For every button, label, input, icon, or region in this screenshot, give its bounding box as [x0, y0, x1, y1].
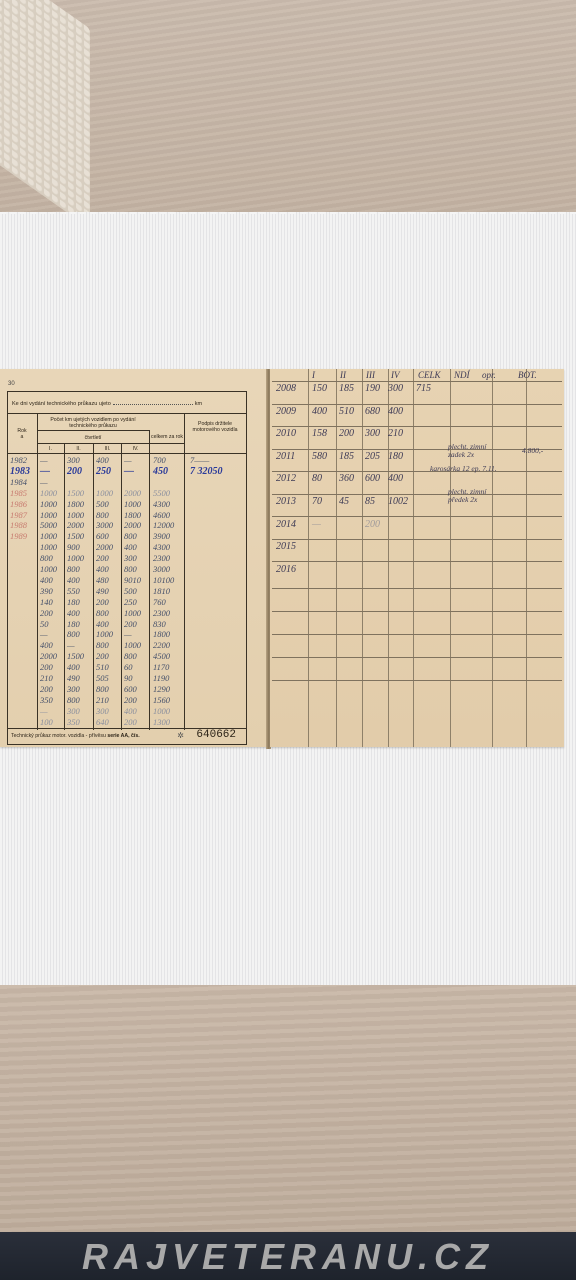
row-q4: 400: [388, 473, 403, 484]
row-total: 1000: [153, 706, 170, 716]
row-q1: 400: [40, 575, 53, 585]
row-q3: 300: [365, 428, 380, 439]
grid-row-line: [272, 426, 562, 427]
row-q3: 190: [365, 383, 380, 394]
row-total: 2300: [153, 553, 170, 563]
row-q1: 1000: [40, 488, 57, 498]
row-q3: 510: [96, 662, 109, 672]
quarter-2-header: II.: [65, 446, 92, 452]
row-q1: 390: [40, 586, 53, 596]
row-total: 3900: [153, 531, 170, 541]
grid-row-line: [272, 561, 562, 562]
row-q4: 400: [124, 542, 137, 552]
page-number: 30: [8, 381, 15, 387]
km-group-header: Počet km ujetých vozidlem po vydání tech…: [38, 417, 148, 429]
row-q2: —: [67, 640, 75, 650]
row-q1: 1000: [40, 510, 57, 520]
grid-row-line: [272, 539, 562, 540]
row-total: 760: [153, 597, 166, 607]
row-q3: 800: [96, 510, 109, 520]
row-q3: 210: [96, 695, 109, 705]
row-q4: 1000: [124, 608, 141, 618]
row-q3: 400: [96, 564, 109, 574]
row-total: 4500: [153, 651, 170, 661]
year-header: Roka: [10, 428, 34, 440]
km-unit: km: [195, 401, 202, 407]
row-q2: 510: [339, 406, 354, 417]
grid-row-line: [272, 611, 562, 612]
row-q4: 200: [124, 619, 137, 629]
header-0: I: [312, 370, 315, 380]
row-q3: 505: [96, 673, 109, 683]
row-q2: 800: [67, 629, 80, 639]
row-q2: 2000: [67, 520, 84, 530]
divider: [149, 430, 150, 730]
row-q3: 600: [96, 531, 109, 541]
row-q3: 800: [96, 640, 109, 650]
header-6: opr.: [482, 370, 496, 380]
row-year: 2011: [276, 451, 295, 462]
divider: [184, 414, 185, 730]
row-q3: 1000: [96, 629, 113, 639]
row-total: 1290: [153, 684, 170, 694]
row-q4: —: [124, 466, 134, 477]
row-total: 715: [416, 383, 431, 394]
grid-row-line: [272, 404, 562, 405]
row-q4: 400: [388, 406, 403, 417]
row-total: 450: [153, 466, 168, 477]
row-q3: 200: [96, 597, 109, 607]
row-total: 1170: [153, 662, 169, 672]
row-q1: 150: [312, 383, 327, 394]
row-q3: 480: [96, 575, 109, 585]
row-q1: —: [312, 519, 321, 530]
divider: [93, 443, 94, 730]
row-q4: 400: [124, 706, 137, 716]
grid-row-line: [272, 381, 562, 382]
divider: [64, 443, 65, 730]
row-q1: 2000: [40, 651, 57, 661]
row-q3: 3000: [96, 520, 113, 530]
row-sign: 7——: [190, 455, 209, 465]
row-total: 1810: [153, 586, 170, 596]
divider: [8, 453, 246, 454]
row-q2: 300: [67, 455, 80, 465]
row-q3: 200: [96, 651, 109, 661]
row-q4: 2000: [124, 488, 141, 498]
row-q2: 1000: [67, 553, 84, 563]
repair-cost: 4.800,-: [522, 447, 543, 455]
row-q2: 185: [339, 383, 354, 394]
row-year: 2016: [276, 564, 296, 575]
row-q4: —: [124, 455, 132, 465]
row-q4: 1000: [124, 640, 141, 650]
row-q2: 400: [67, 608, 80, 618]
row-q3: 490: [96, 586, 109, 596]
row-q4: 1000: [124, 499, 141, 509]
row-q1: —: [40, 477, 48, 487]
logbook-left-page: 30 Ke dni vydání technického průkazu uje…: [0, 369, 268, 747]
row-q2: 45: [339, 496, 349, 507]
row-q1: 1000: [40, 542, 57, 552]
row-q4: 210: [388, 428, 403, 439]
grid-row-line: [272, 516, 562, 517]
row-q2: 400: [67, 662, 80, 672]
row-q2: 200: [67, 466, 82, 477]
row-q3: 680: [365, 406, 380, 417]
row-q3: 2000: [96, 542, 113, 552]
row-q2: 180: [67, 597, 80, 607]
mileage-form: Ke dni vydání technického průkazu ujetok…: [7, 391, 247, 745]
row-q3: 600: [365, 473, 380, 484]
row-q1: 1000: [40, 499, 57, 509]
row-year: 2013: [276, 496, 296, 507]
grid-row-line: [272, 449, 562, 450]
footer-text: Technický průkaz motor. vozidla - přívěs…: [11, 733, 106, 739]
header-1: II: [340, 370, 346, 380]
row-q3: 1000: [96, 488, 113, 498]
row-q1: 1000: [40, 531, 57, 541]
row-q4: 180: [388, 451, 403, 462]
row-q2: 360: [339, 473, 354, 484]
row-year: 1984: [10, 477, 27, 487]
row-total: 700: [153, 455, 166, 465]
row-year: 2010: [276, 428, 296, 439]
row-total: 4300: [153, 542, 170, 552]
row-q1: 158: [312, 428, 327, 439]
row-year: 2015: [276, 541, 296, 552]
row-q1: —: [40, 466, 50, 477]
row-q1: 70: [312, 496, 322, 507]
row-q3: 800: [96, 608, 109, 618]
row-q2: 180: [67, 619, 80, 629]
row-q4: 200: [124, 717, 137, 727]
row-total: 10100: [153, 575, 174, 585]
signature-header: Podpis držitele motorového vozidla: [186, 421, 244, 433]
row-year: 2008: [276, 383, 296, 394]
row-total: 1800: [153, 629, 170, 639]
row-q1: 580: [312, 451, 327, 462]
row-year: 2012: [276, 473, 296, 484]
row-q1: 800: [40, 553, 53, 563]
row-q1: 200: [40, 662, 53, 672]
grid-row-line: [272, 680, 562, 681]
divider: [37, 430, 149, 431]
header-7: BOT.: [518, 370, 537, 380]
row-year: 1989: [10, 531, 27, 541]
issue-mileage-line: Ke dni vydání technického průkazu ujetok…: [8, 392, 246, 414]
grid-row-line: [272, 494, 562, 495]
quarter-3-header: III.: [94, 446, 121, 452]
divider: [37, 414, 38, 730]
row-q1: —: [40, 455, 48, 465]
star-emblem-icon: ✲: [177, 731, 184, 740]
row-q3: 800: [96, 684, 109, 694]
row-q4: 800: [124, 531, 137, 541]
header-5: NDÍ: [454, 370, 470, 380]
row-q4: 1002: [388, 496, 408, 507]
row-q1: 400: [40, 640, 53, 650]
divider: [37, 443, 184, 444]
quarters-header: čtvrtletí: [38, 435, 148, 441]
row-total: 2300: [153, 608, 170, 618]
row-q2: 185: [339, 451, 354, 462]
row-q4: —: [124, 629, 132, 639]
row-q4: 800: [124, 651, 137, 661]
row-q3: 500: [96, 499, 109, 509]
serial-number: 640662: [196, 729, 236, 741]
row-year: 2009: [276, 406, 296, 417]
row-q1: 5000: [40, 520, 57, 530]
row-q1: 200: [40, 684, 53, 694]
row-q4: 300: [388, 383, 403, 394]
row-q2: 1500: [67, 531, 84, 541]
row-q2: 800: [67, 695, 80, 705]
wooden-table-bottom: [0, 985, 576, 1235]
repair-note: karosárka 12 ep. 7.11.: [430, 465, 510, 473]
row-q1: —: [40, 706, 48, 716]
row-q2: 400: [67, 575, 80, 585]
row-q4: 200: [124, 695, 137, 705]
row-q2: 490: [67, 673, 80, 683]
row-q4: 1800: [124, 510, 141, 520]
grid-row-line: [272, 471, 562, 472]
row-q4: 60: [124, 662, 133, 672]
site-watermark: RAJVETERANU.CZ: [0, 1236, 576, 1278]
quarter-1-header: I.: [38, 446, 63, 452]
repair-note: plecht. zimní předek 2x: [448, 488, 504, 504]
row-total: 12000: [153, 520, 174, 530]
row-q1: 400: [312, 406, 327, 417]
repair-note: plecht. zimní zadek 2x: [448, 443, 504, 459]
row-total: 830: [153, 619, 166, 629]
row-q4: 250: [124, 597, 137, 607]
row-q2: 1800: [67, 499, 84, 509]
row-total: 2200: [153, 640, 170, 650]
row-total: 3000: [153, 564, 170, 574]
row-q2: 300: [67, 706, 80, 716]
row-q4: 90: [124, 673, 133, 683]
row-q4: 300: [124, 553, 137, 563]
row-q4: 9010: [124, 575, 141, 585]
row-sign: 7 32050: [190, 466, 223, 477]
row-total: 5500: [153, 488, 170, 498]
row-q2: 550: [67, 586, 80, 596]
issue-mileage-label: Ke dni vydání technického průkazu ujeto: [12, 401, 111, 407]
row-q2: 350: [67, 717, 80, 727]
grid-row-line: [272, 588, 562, 589]
row-q4: 500: [124, 586, 137, 596]
row-year: 1985: [10, 488, 27, 498]
row-total: 1190: [153, 673, 169, 683]
row-q3: 85: [365, 496, 375, 507]
row-q1: 350: [40, 695, 53, 705]
row-q2: 1500: [67, 651, 84, 661]
row-q1: 100: [40, 717, 53, 727]
header-3: IV: [391, 370, 400, 380]
grid-row-line: [272, 634, 562, 635]
row-year: 1988: [10, 520, 27, 530]
row-q2: 200: [339, 428, 354, 439]
row-q1: 1000: [40, 564, 57, 574]
row-q1: 140: [40, 597, 53, 607]
row-year: 2014: [276, 519, 296, 530]
logbook-right-page: IIIIIIIVCELKNDÍopr.BOT. 2008150185190300…: [270, 369, 564, 747]
row-q1: 80: [312, 473, 322, 484]
footer-series: serie AA, čís.: [107, 733, 139, 739]
row-q2: 800: [67, 564, 80, 574]
row-q3: 200: [365, 519, 380, 530]
quarter-4-header: IV.: [122, 446, 149, 452]
row-q3: 300: [96, 706, 109, 716]
form-footer: Technický průkaz motor. vozidla - přívěs…: [8, 728, 246, 744]
row-q3: 400: [96, 619, 109, 629]
row-year: 1983: [10, 466, 30, 477]
row-q4: 2000: [124, 520, 141, 530]
row-year: 1986: [10, 499, 27, 509]
row-q2: 900: [67, 542, 80, 552]
row-year: 1982: [10, 455, 27, 465]
row-q1: 50: [40, 619, 49, 629]
row-q1: 200: [40, 608, 53, 618]
row-q2: 300: [67, 684, 80, 694]
row-total: 1300: [153, 717, 170, 727]
grid-row-line: [272, 657, 562, 658]
row-q2: 1000: [67, 510, 84, 520]
row-year: 1987: [10, 510, 27, 520]
row-q3: 205: [365, 451, 380, 462]
row-total: 4300: [153, 499, 170, 509]
row-q4: 600: [124, 684, 137, 694]
divider: [121, 443, 122, 730]
row-q2: 1500: [67, 488, 84, 498]
row-total: 1560: [153, 695, 170, 705]
row-q4: 800: [124, 564, 137, 574]
header-2: III: [366, 370, 375, 380]
header-4: CELK: [418, 370, 441, 380]
row-q3: 640: [96, 717, 109, 727]
row-q3: 250: [96, 466, 111, 477]
row-q3: 400: [96, 455, 109, 465]
row-q1: 210: [40, 673, 53, 683]
total-header: celkem za rok: [150, 434, 184, 440]
row-q1: —: [40, 629, 48, 639]
row-total: 4600: [153, 510, 170, 520]
row-q3: 200: [96, 553, 109, 563]
